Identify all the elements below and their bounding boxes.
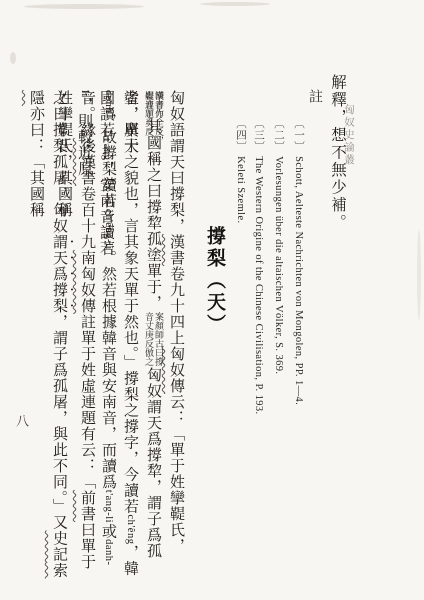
- text-run: ，謂子爲孤屠，與此不同。」又: [51, 314, 67, 531]
- paragraph-tail: 解釋，想不無少補。: [326, 74, 348, 274]
- text-column-4: donh，故撐梨讀若ch'êng-li。然若根據韓音與安南音，而讀爲t'ang-…: [97, 90, 120, 584]
- scan-artifact: [417, 230, 421, 320]
- scan-artifact: [200, 2, 270, 6]
- text-run: 。然若根據韓音與安南音，而讀爲: [100, 250, 116, 490]
- footnote-number: 〔一〕: [293, 118, 304, 156]
- scanned-book-page: 匈奴史論叢 解釋，想不無少補。 註 〔一〕 Schott, Aelteste N…: [0, 0, 424, 600]
- footnote-4: 〔四〕 Keleti Szemle.: [230, 118, 251, 580]
- footnote-text: Keleti Szemle.: [235, 156, 246, 223]
- interlinear-note-line: 音丈庚反倣之: [144, 312, 154, 366]
- footnote-number: 〔二〕: [273, 118, 284, 156]
- book-title: 史記: [51, 531, 67, 563]
- text-run: 音。緣: [79, 90, 95, 138]
- text-run: 卷九十四上: [168, 266, 184, 346]
- footnote-text: Schott, Aelteste Nachrichten von Mongole…: [293, 156, 304, 405]
- book-title: 後漢書: [79, 138, 95, 186]
- text-run: 或: [100, 523, 116, 539]
- text-column-5: 音。緣後漢書卷百十九南匈奴傳註單于姓虛連題有云：「前書曰單于姓攣鞮氏，其國稱: [75, 90, 98, 584]
- section-heading: 撐梨（天）: [201, 226, 227, 376]
- footnote-number: 〔四〕: [235, 118, 246, 156]
- footnote-text: Vorlesungen über die altaischen Völker, …: [273, 156, 284, 374]
- book-title: 南匈奴傳: [79, 250, 95, 314]
- footnote-text: The Western Origine of the Chinese Civil…: [253, 156, 264, 414]
- notes-label: 註: [305, 89, 323, 103]
- text-run: 註單于姓虛連題有云：「: [79, 314, 95, 490]
- text-run: ，故撐梨讀若: [100, 113, 116, 209]
- book-title: 前書: [79, 490, 95, 522]
- text-run: 之曰撐梨孤屠，匈奴: [51, 90, 67, 234]
- page-number: 八: [13, 414, 29, 427]
- footnote-1: 〔一〕 Schott, Aelteste Nachrichten von Mon…: [288, 118, 309, 580]
- romanization: ch'êng: [125, 515, 136, 545]
- interlinear-note: 案顏師古曰撐音丈庚反倣之: [144, 312, 164, 366]
- text-column-1: 匈奴語謂天曰撐梨，漢書卷九十四上匈奴傳云：「單于姓攣鞮氏，攣音力全反，鞮音丁奚反…: [164, 90, 187, 584]
- footnote-number: 〔三〕: [253, 118, 264, 156]
- text-run: 云：「單于姓攣鞮氏，: [168, 394, 184, 554]
- romanization: t'ang-li: [103, 490, 114, 523]
- interlinear-note-line: 漢書作: [154, 91, 164, 118]
- text-run: 亦曰：「其國稱: [28, 106, 44, 218]
- text-run: 者，廣大之貌也，言其象天單于然也。」撐梨之撐字，今讀若: [122, 90, 138, 515]
- interlinear-note-line: 案顏師古曰撐: [154, 312, 164, 366]
- footnote-3: 〔三〕 The Western Origine of the Chinese C…: [248, 118, 269, 580]
- text-run: 其國稱之曰撐犂孤塗單于，: [145, 119, 161, 311]
- text-run: 卷百十九: [79, 186, 95, 250]
- scan-artifact: [10, 52, 16, 64]
- interlinear-note-line: 虛連題: [144, 91, 154, 118]
- text-column-2: 漢書作虛連題其國稱之曰撐犂孤塗單于，案顏師古曰撐音丈庚反倣之匈奴謂天爲撐犂，謂子…: [141, 90, 164, 584]
- text-column-6: 之曰撐梨孤屠，匈奴謂天爲撐梨，謂子爲孤屠，與此不同。」又史記索隱亦曰：「其國稱: [53, 90, 76, 584]
- book-title: 匈奴傳: [168, 346, 184, 394]
- text-column-3: 者，廣大之貌也，言其象天單于然也。」撐梨之撐字，今讀若ch'êng，韓國讀若t'…: [119, 90, 142, 584]
- romanization: donh: [103, 90, 114, 113]
- book-title: 漢書: [168, 234, 184, 266]
- romanization: ch'êng-li: [103, 209, 114, 250]
- footnote-2: 〔二〕 Vorlesungen über die altaischen Völk…: [268, 118, 289, 580]
- text-run: 匈奴語謂天曰撐梨，: [168, 90, 184, 234]
- text-run: 謂天爲撐梨: [51, 234, 67, 314]
- scan-artifact: [24, 4, 144, 9]
- interlinear-note: 漢書作虛連題: [144, 91, 164, 118]
